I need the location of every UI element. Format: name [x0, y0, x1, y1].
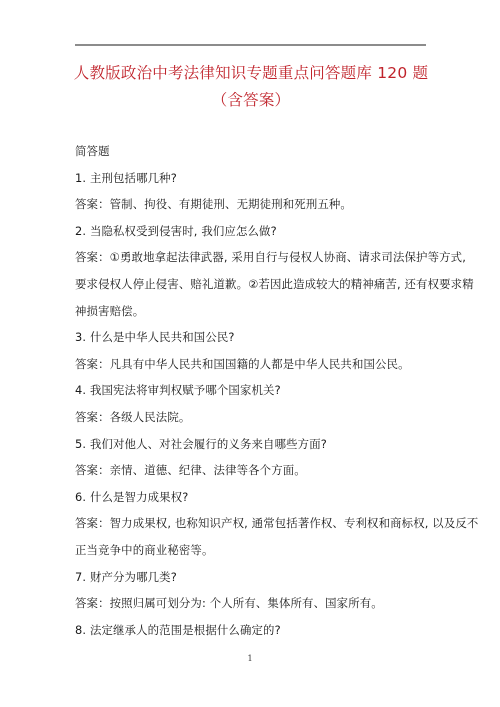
answer-6-line-1: 答案：智力成果权, 也称知识产权, 通常包括著作权、专利权和商标权, 以及反不 — [75, 510, 427, 537]
answer-2-line-1: 答案：①勇敢地拿起法律武器, 采用自行与侵权人协商、请求司法保护等方式, — [75, 244, 427, 271]
page-number: 1 — [0, 654, 500, 663]
header-rule — [75, 44, 426, 46]
question-3: 3. 什么是中华人民共和国公民? — [75, 324, 427, 351]
section-heading: 简答题 — [75, 138, 427, 165]
answer-6-line-2: 正当竞争中的商业秘密等。 — [75, 537, 427, 564]
answer-2-line-3: 神损害赔偿。 — [75, 298, 427, 325]
answer-2-line-2: 要求侵权人停止侵害、赔礼道歉。②若因此造成较大的精神痛苦, 还有权要求精 — [75, 271, 427, 298]
answer-3-line-1: 答案：凡具有中华人民共和国国籍的人都是中华人民共和国公民。 — [75, 351, 427, 378]
document-body: 简答题 1. 主刑包括哪几种? 答案：管制、拘役、有期徒刑、无期徒刑和死刑五种。… — [75, 138, 427, 643]
question-2: 2. 当隐私权受到侵害时, 我们应怎么做? — [75, 218, 427, 245]
question-1: 1. 主刑包括哪几种? — [75, 165, 427, 192]
question-7: 7. 财产分为哪几类? — [75, 564, 427, 591]
question-8: 8. 法定继承人的范围是根据什么确定的? — [75, 617, 427, 644]
answer-5-line-1: 答案：亲情、道德、纪律、法律等各个方面。 — [75, 457, 427, 484]
answer-4-line-1: 答案：各级人民法院。 — [75, 404, 427, 431]
document-title: 人教版政治中考法律知识专题重点问答题库 120 题（含答案） — [70, 60, 432, 114]
answer-7-line-1: 答案：按照归属可划分为: 个人所有、集体所有、国家所有。 — [75, 590, 427, 617]
question-6: 6. 什么是智力成果权? — [75, 484, 427, 511]
answer-1-line-1: 答案：管制、拘役、有期徒刑、无期徒刑和死刑五种。 — [75, 191, 427, 218]
question-5: 5. 我们对他人、对社会履行的义务来自哪些方面? — [75, 431, 427, 458]
question-4: 4. 我国宪法将审判权赋予哪个国家机关? — [75, 377, 427, 404]
